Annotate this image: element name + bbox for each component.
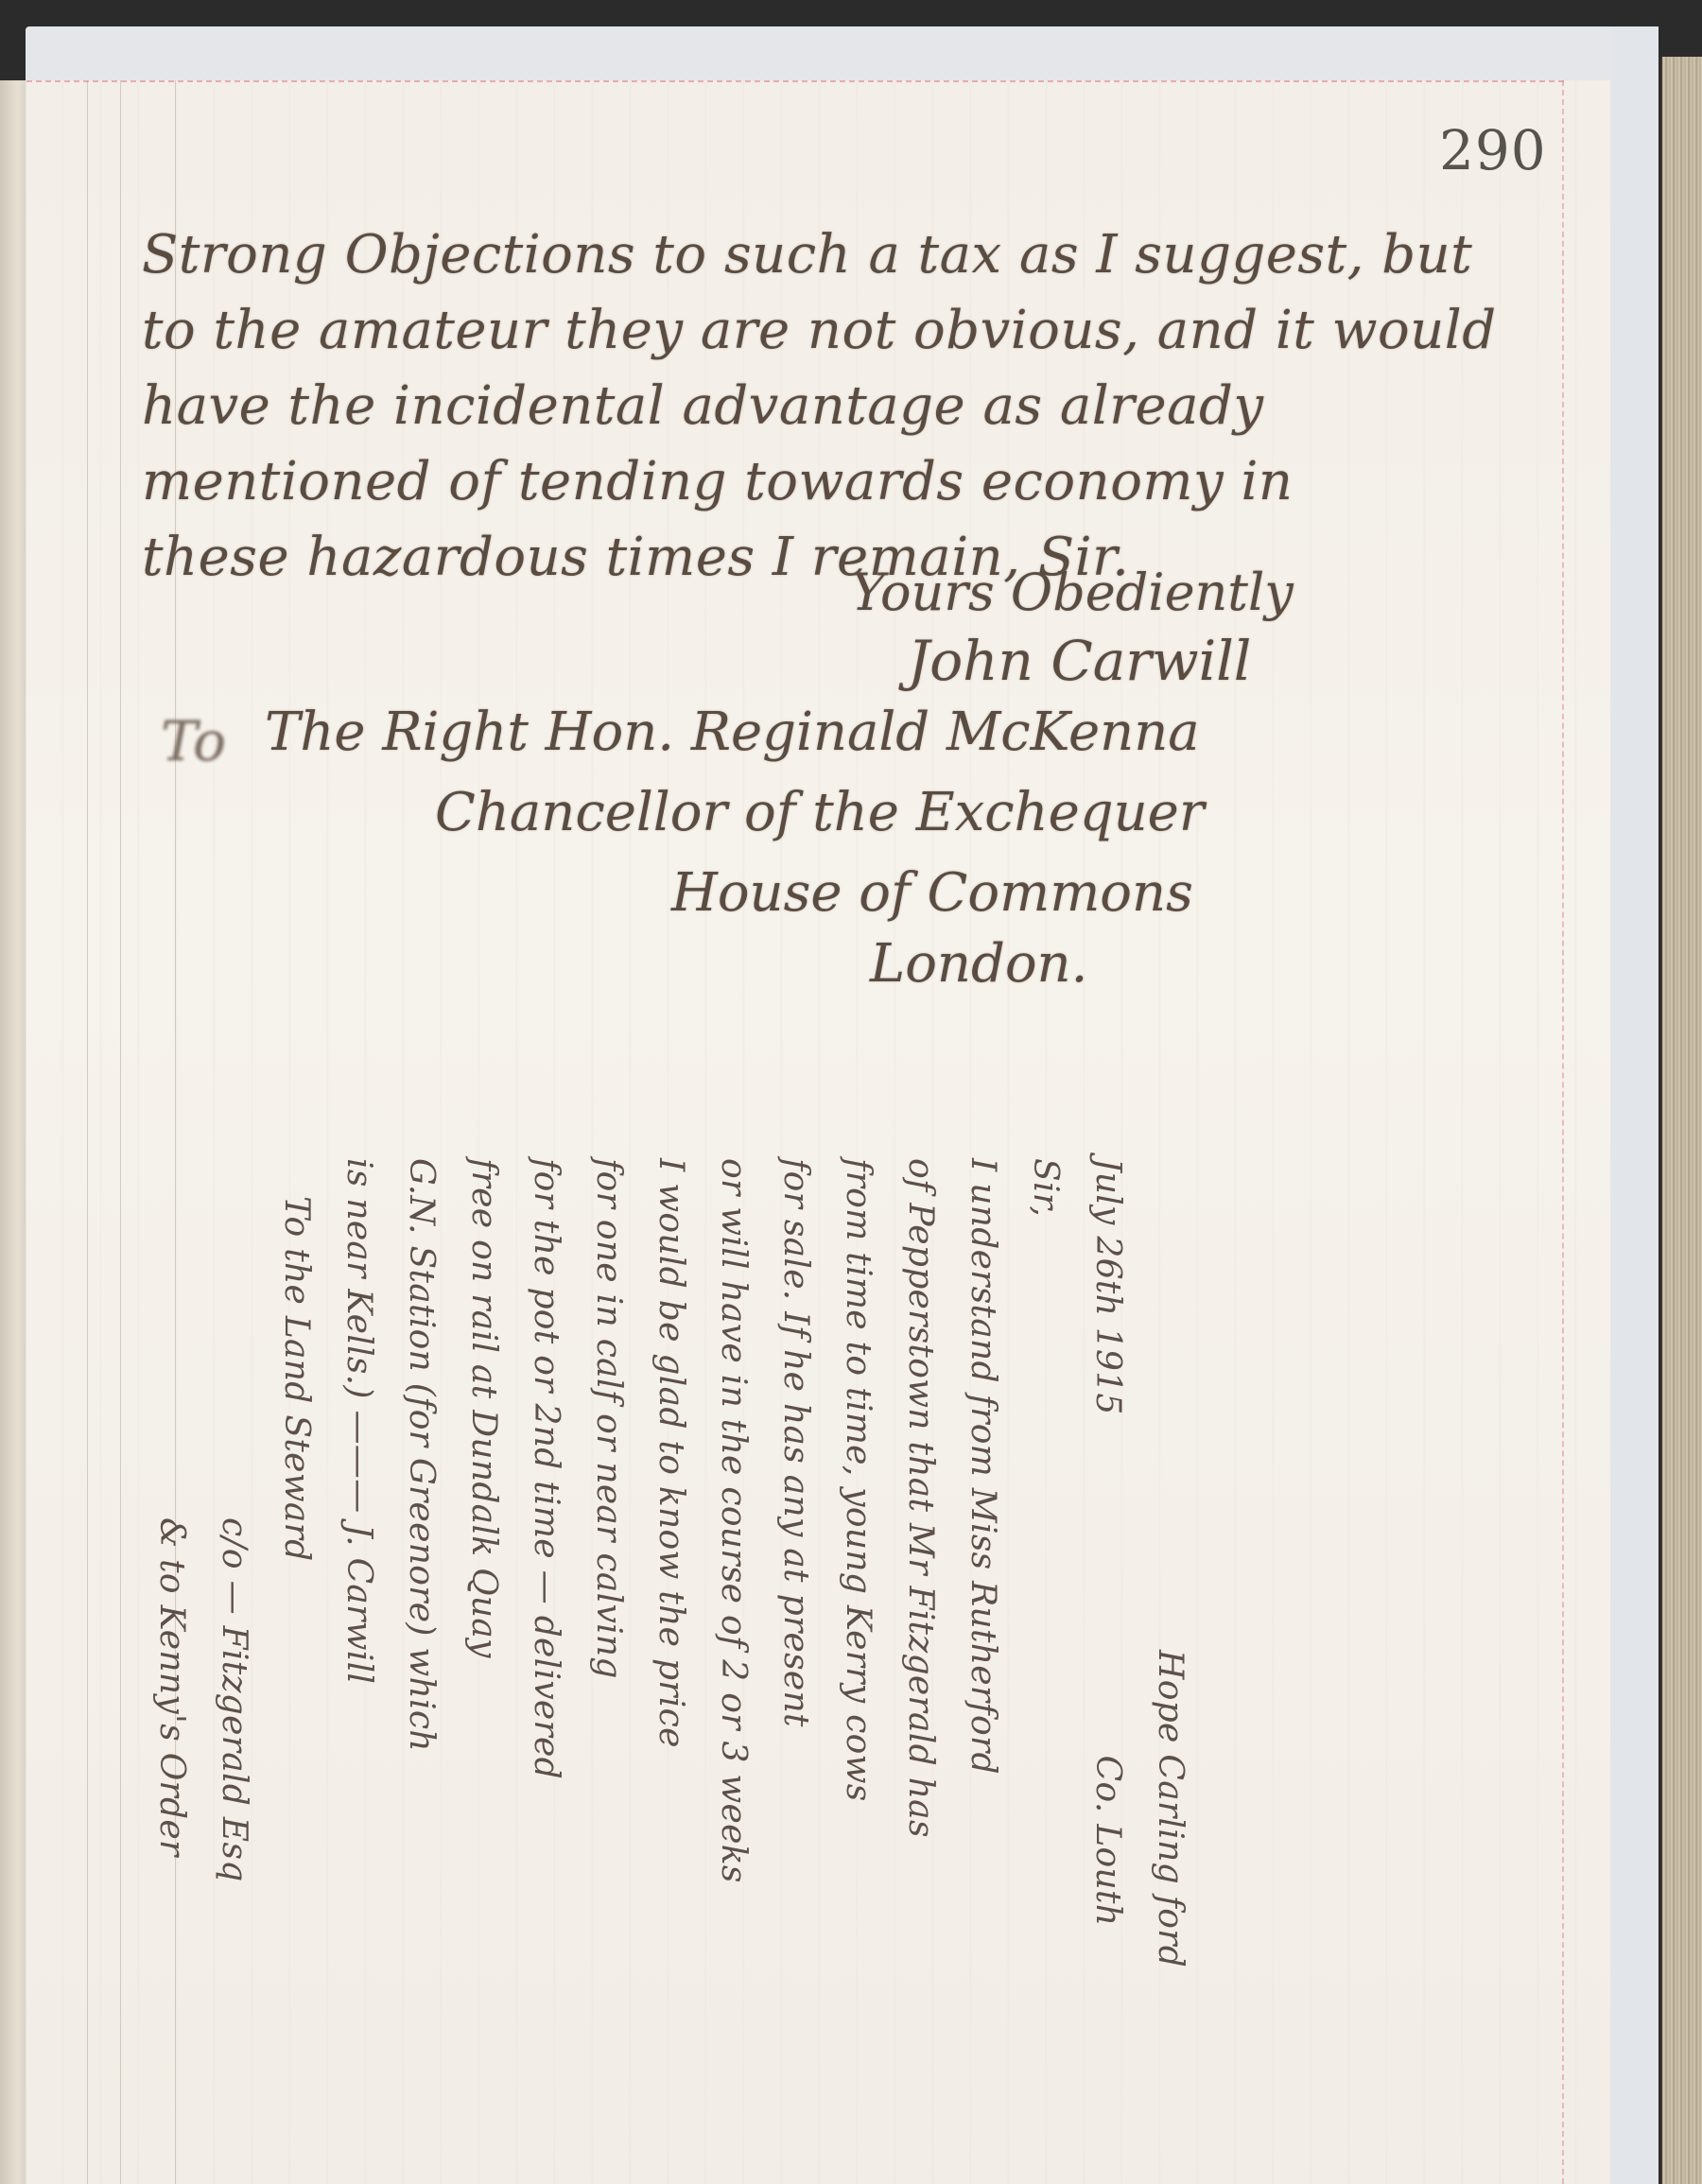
letter-closing: Yours Obediently [851,563,1294,622]
memo-line: from time to time, young Kerry cows [826,1158,889,2009]
memo-line: free on rail at Dundalk Quay [452,1158,514,2009]
memo-line: of Pepperstown that Mr Fitzgerald has [889,1158,951,2009]
book-fore-edge [1660,57,1702,2184]
letter-line: to the amateur they are not obvious, and… [142,293,1485,369]
letter-line: mentioned of tending towards economy in [142,444,1485,520]
address-line: House of Commons [671,865,1193,922]
rotated-memo: Hope Carling ford July 26th 1915Co. Lout… [140,1158,1201,2009]
memo-date: July 26th 1915 [1088,1158,1127,1415]
memo-line: for sale. If he has any at present [764,1158,826,2009]
letter-signature: John Carwill [908,629,1251,693]
letter-line: Strong Objections to such a tax as I sug… [142,217,1485,293]
address-line: London. [870,936,1087,993]
memo-line: is near Kells.) ——— J. Carwill [327,1158,390,2009]
memo-footer-line: To the Land Steward [265,1158,327,2009]
page-fold-line [120,80,121,2184]
memo-line: for the pot or 2nd time — delivered [514,1158,577,2009]
memo-line: or will have in the course of 2 or 3 wee… [702,1158,764,2009]
letter-line: have the incidental advantage as already [142,369,1485,444]
memo-footer-line: & to Kenny's Order [140,1158,202,2009]
memo-salutation: Sir, [1014,1158,1076,2009]
memo-line: G.N. Station (for Greenore) which [390,1158,452,2009]
memo-heading-right: Co. Louth [1088,1756,1127,1927]
address-line: Chancellor of the Exchequer [435,785,1205,841]
memo-line: I would be glad to know the price [639,1158,702,2009]
memo-line: I understand from Miss Rutherford [951,1158,1014,2009]
addressee-prefix: To [161,709,226,773]
folio-number: 290 [1439,118,1547,182]
memo-heading-place: Hope Carling ford [1138,1158,1201,2009]
memo-line: for one in calf or near calving [577,1158,639,2009]
letter-body: Strong Objections to such a tax as I sug… [142,217,1485,596]
memo-date-line: July 26th 1915Co. Louth [1076,1158,1138,2009]
page-fold-line [87,80,88,2184]
guard-sheet-right-margin [1611,26,1659,2184]
memo-footer-line: c/o — Fitzgerald Esq [202,1158,265,2009]
address-line: The Right Hon. Reginald McKenna [265,704,1200,761]
